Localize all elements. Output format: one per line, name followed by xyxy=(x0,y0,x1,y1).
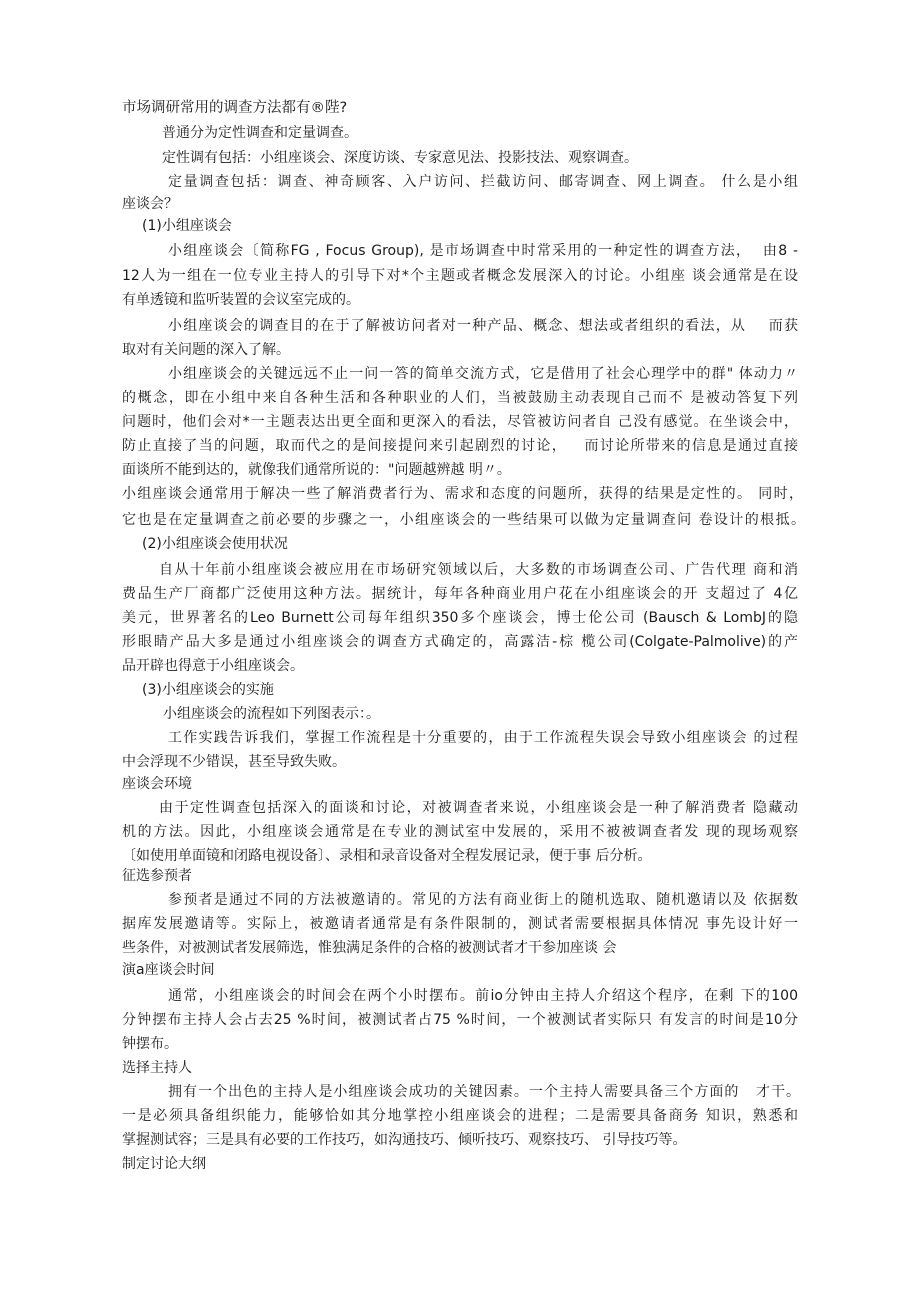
paragraph-line: 小组座谈会的调查目的在于了解被访问者对一种产品、概念、想法或者组织的看法，从 而… xyxy=(168,314,798,338)
subheading-environment: 座谈会环境 xyxy=(122,772,192,796)
section-heading-2: (2)小组座谈会使用状况 xyxy=(142,532,288,556)
document-title: 市场调研常用的调查方法都有®陛? xyxy=(122,96,347,120)
subheading-time: 演a座谈会时间 xyxy=(122,958,215,982)
section-heading-3: (3)小组座谈会的实施 xyxy=(142,678,274,702)
paragraph-line: 钟摆布。 xyxy=(122,1032,178,1056)
paragraph-line: 机的方法。因此，小组座谈会通常是在专业的测试室中发展的，采用不被被调查者发 现的… xyxy=(122,820,798,844)
paragraph-line: 座谈会？ xyxy=(122,192,178,216)
paragraph-line: 的概念，即在小组中来自各种生活和各种职业的人们，当被鼓励主动表现自己而不 是被动… xyxy=(122,386,798,410)
paragraph-line: 掌握测试容；三是具有必要的工作技巧，如沟通技巧、倾听技巧、观察技巧、 引导技巧等… xyxy=(122,1128,686,1152)
paragraph-line: 小组座谈会通常用于解决一些了解消费者行为、需求和态度的问题所，获得的结果是定性的… xyxy=(122,482,803,506)
subheading-moderator: 选择主持人 xyxy=(122,1056,192,1080)
paragraph-line: 分钟摆布主持人会占去25 %时间，被测试者占75 %时间，一个被测试者实际只 有… xyxy=(122,1008,798,1032)
subheading-participants: 征选参预者 xyxy=(122,864,192,888)
paragraph-line: 小组座谈会〔简称FG , Focus Group), 是市场调查中时常采用的一种… xyxy=(168,239,798,263)
paragraph-line: 〔如使用单面镜和闭路电视设备〕、录相和录音设备对全程发展记录，便于事 后分析。 xyxy=(122,844,651,868)
paragraph-line: 些条件，对被测试者发展筛选，惟独满足条件的合格的被测试者才干参加座谈 会 xyxy=(122,936,616,960)
paragraph-line: 小组座谈会的流程如下列图表示：。 xyxy=(163,702,380,726)
paragraph-line: 参预者是通过不同的方法被邀请的。常见的方法有商业街上的随机选取、随机邀请以及 依… xyxy=(168,888,798,912)
paragraph-line: 它也是在定量调查之前必要的步骤之一，小组座谈会的一些结果可以做为定量调查问 卷设… xyxy=(122,508,805,532)
subheading-outline: 制定讨论大纲 xyxy=(122,1152,206,1176)
paragraph-line: 美元，世界著名的Leo Burnett公司每年组织350多个座谈会，博士伦公司 … xyxy=(122,606,798,630)
paragraph-line: 问题时，他们会对*一主题表达出更全面和更深入的看法，尽管被访问者自 己没有感觉。… xyxy=(122,410,798,434)
document-page: 市场调研常用的调查方法都有®陛? 普通分为定性调查和定量调查。 定性调有包括：小… xyxy=(0,0,920,1301)
paragraph-line: 定量调查包括：调查、神奇顾客、入户访问、拦截访问、邮寄调查、网上调查。 什么是小… xyxy=(168,170,798,194)
paragraph-line: 据库发展邀请等。实际上，被邀请者通常是有条件限制的，测试者需要根据具体情况 事先… xyxy=(122,912,798,936)
paragraph-line: 定性调有包括：小组座谈会、深度访谈、专家意见法、投影技法、观察调查。 xyxy=(162,146,638,170)
paragraph-line: 拥有一个出色的主持人是小组座谈会成功的关键因素。一个主持人需要具备三个方面的 才… xyxy=(168,1080,800,1104)
paragraph-line: 通常，小组座谈会的时间会在两个小时摆布。前io分钟由主持人介绍这个程序，在剩 下… xyxy=(168,984,798,1008)
paragraph-line: 防止直接了当的问题，取而代之的是间接提问来引起剧烈的讨论， 而讨论所带来的信息是… xyxy=(122,434,798,458)
paragraph-line: 中会浮现不少错误，甚至导致失败。 xyxy=(122,750,346,774)
paragraph-line: 工作实践告诉我们，掌握工作流程是十分重要的，由于工作流程失误会导致小组座谈会 的… xyxy=(168,726,798,750)
paragraph-line: 自从十年前小组座谈会被应用在市场研究领域以后，大多数的市场调查公司、广告代理 商… xyxy=(159,558,798,582)
paragraph-line: 由于定性调查包括深入的面谈和讨论，对被调查者来说，小组座谈会是一种了解消费者 隐… xyxy=(159,796,798,820)
paragraph-line: 形眼睛产品大多是通过小组座谈会的调查方式确定的，高露洁-棕 榄公司(Colgat… xyxy=(122,630,798,654)
paragraph-line: 小组座谈会的关键远远不止一问一答的简单交流方式，它是借用了社会心理学中的群" 体… xyxy=(168,362,798,386)
section-heading-1: (1)小组座谈会 xyxy=(142,214,232,238)
paragraph-line: 有单透镜和监听装置的会议室完成的。 xyxy=(122,288,360,312)
paragraph-line: 普通分为定性调查和定量调查。 xyxy=(162,121,358,145)
paragraph-line: 一是必须具备组织能力，能够恰如其分地掌控小组座谈会的进程；二是需要具备商务 知识… xyxy=(122,1104,798,1128)
paragraph-line: 取对有关问题的深入了解。 xyxy=(122,338,290,362)
paragraph-line: 费品生产厂商都广泛使用这种方法。据统计，每年各种商业用户花在小组座谈会的开 支超… xyxy=(122,582,798,606)
paragraph-line: 12人为一组在一位专业主持人的引导下对*个主题或者概念发展深入的讨论。小组座 谈… xyxy=(122,264,798,288)
paragraph-line: 品开辟也得意于小组座谈会。 xyxy=(122,654,304,678)
paragraph-line: 面谈所不能到达的，就像我们通常所说的："问题越辨越 明〃。 xyxy=(122,458,511,482)
